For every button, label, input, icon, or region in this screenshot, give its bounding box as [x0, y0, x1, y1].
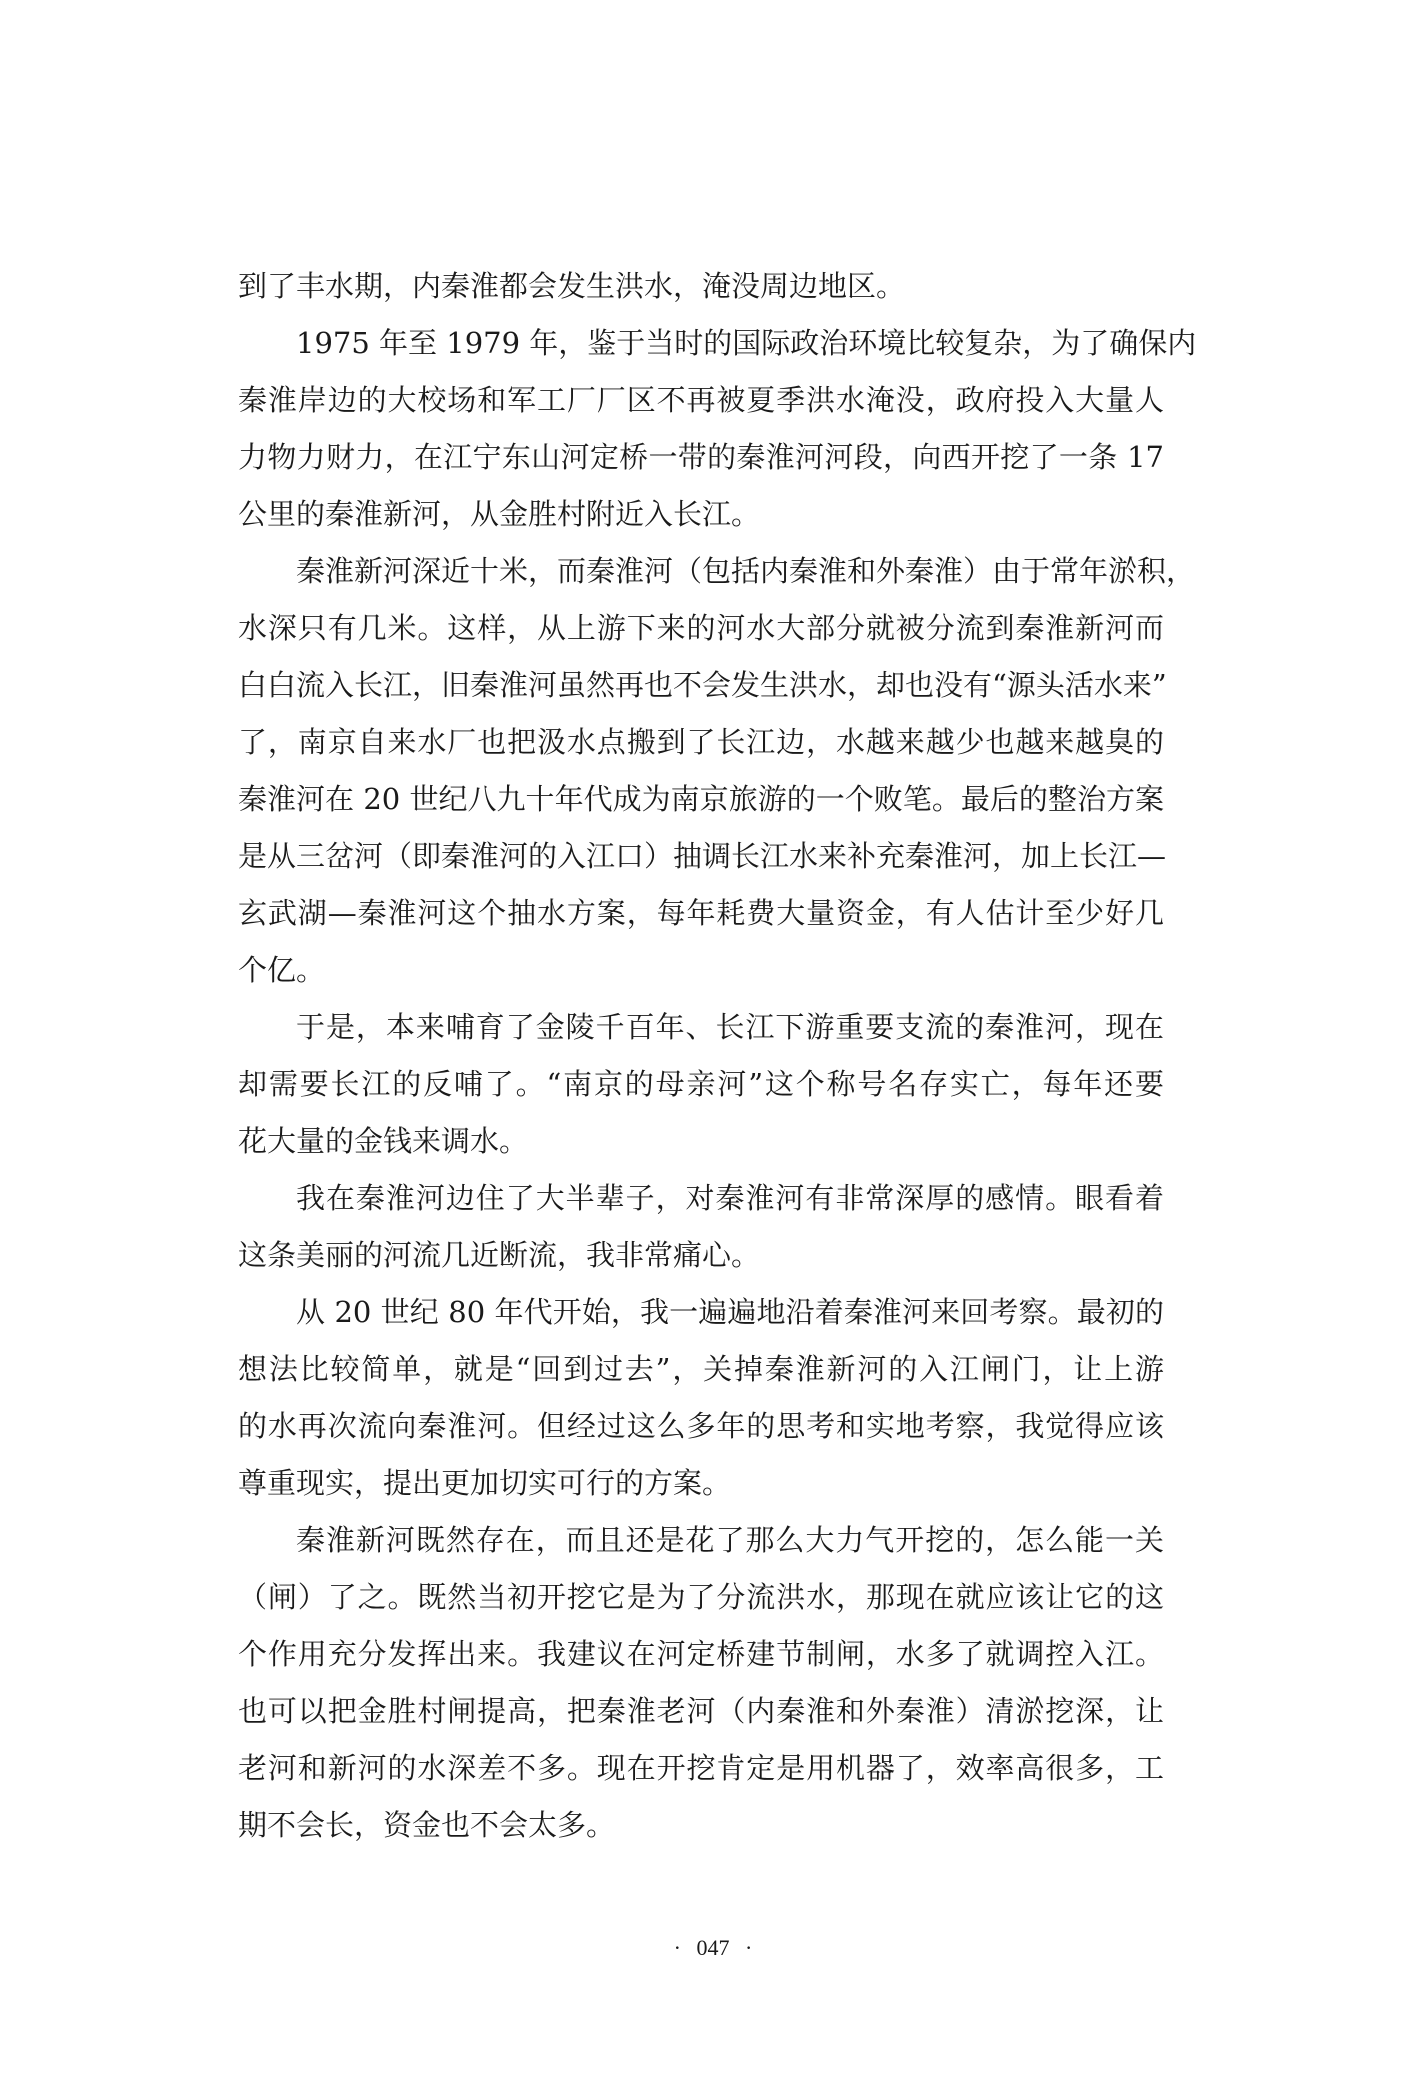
- text-line: 于是，本来哺育了金陵千百年、长江下游重要支流的秦淮河，现在: [238, 999, 1164, 1056]
- text-line: 公里的秦淮新河，从金胜村附近入长江。: [238, 486, 1164, 543]
- text-line: （闸）了之。既然当初开挖它是为了分流洪水，那现在就应该让它的这: [238, 1569, 1164, 1626]
- text-line: 期不会长，资金也不会太多。: [238, 1797, 1164, 1854]
- text-line: 玄武湖—秦淮河这个抽水方案，每年耗费大量资金，有人估计至少好几: [238, 885, 1164, 942]
- text-line: 老河和新河的水深差不多。现在开挖肯定是用机器了，效率高很多，工: [238, 1740, 1164, 1797]
- text-line: 这条美丽的河流几近断流，我非常痛心。: [238, 1227, 1164, 1284]
- text-line: 是从三岔河（即秦淮河的入江口）抽调长江水来补充秦淮河，加上长江—: [238, 828, 1164, 885]
- body-text: 到了丰水期，内秦淮都会发生洪水，淹没周边地区。 1975 年至 1979 年，鉴…: [238, 258, 1164, 1854]
- text-line: 想法比较简单，就是“回到过去”，关掉秦淮新河的入江闸门，让上游: [238, 1341, 1164, 1398]
- text-line: 个亿。: [238, 942, 1164, 999]
- text-line: 了，南京自来水厂也把汲水点搬到了长江边，水越来越少也越来越臭的: [238, 714, 1164, 771]
- text-line: 花大量的金钱来调水。: [238, 1113, 1164, 1170]
- text-line: 却需要长江的反哺了。“南京的母亲河”这个称号名存实亡，每年还要: [238, 1056, 1164, 1113]
- page-number: · 047 ·: [0, 1935, 1426, 1961]
- text-line: 个作用充分发挥出来。我建议在河定桥建节制闸，水多了就调控入江。: [238, 1626, 1164, 1683]
- text-line: 力物力财力，在江宁东山河定桥一带的秦淮河河段，向西开挖了一条 17: [238, 429, 1164, 486]
- text-line: 秦淮新河既然存在，而且还是花了那么大力气开挖的，怎么能一关: [238, 1512, 1164, 1569]
- book-page: 到了丰水期，内秦淮都会发生洪水，淹没周边地区。 1975 年至 1979 年，鉴…: [0, 0, 1426, 2095]
- text-line: 白白流入长江，旧秦淮河虽然再也不会发生洪水，却也没有“源头活水来”: [238, 657, 1164, 714]
- text-line: 1975 年至 1979 年，鉴于当时的国际政治环境比较复杂，为了确保内: [238, 315, 1164, 372]
- text-line: 秦淮岸边的大校场和军工厂厂区不再被夏季洪水淹没，政府投入大量人: [238, 372, 1164, 429]
- text-line: 秦淮河在 20 世纪八九十年代成为南京旅游的一个败笔。最后的整治方案: [238, 771, 1164, 828]
- text-line: 到了丰水期，内秦淮都会发生洪水，淹没周边地区。: [238, 258, 1164, 315]
- text-line: 的水再次流向秦淮河。但经过这么多年的思考和实地考察，我觉得应该: [238, 1398, 1164, 1455]
- text-line: 从 20 世纪 80 年代开始，我一遍遍地沿着秦淮河来回考察。最初的: [238, 1284, 1164, 1341]
- text-line: 也可以把金胜村闸提高，把秦淮老河（内秦淮和外秦淮）清淤挖深，让: [238, 1683, 1164, 1740]
- text-line: 我在秦淮河边住了大半辈子，对秦淮河有非常深厚的感情。眼看着: [238, 1170, 1164, 1227]
- text-line: 尊重现实，提出更加切实可行的方案。: [238, 1455, 1164, 1512]
- text-line: 秦淮新河深近十米，而秦淮河（包括内秦淮和外秦淮）由于常年淤积，: [238, 543, 1164, 600]
- text-line: 水深只有几米。这样，从上游下来的河水大部分就被分流到秦淮新河而: [238, 600, 1164, 657]
